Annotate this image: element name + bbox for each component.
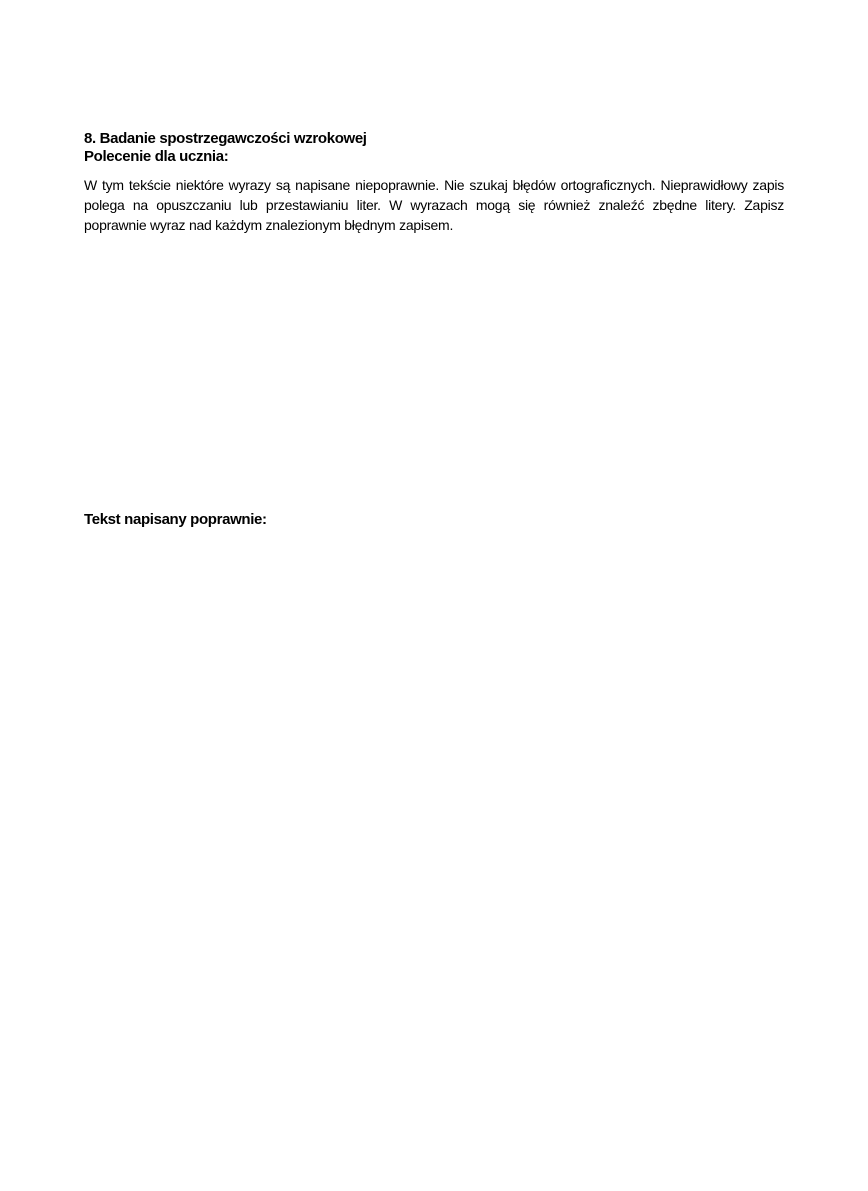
document-page: 8. Badanie spostrzegawczości wzrokowej P… — [0, 0, 868, 1191]
section-title: 8. Badanie spostrzegawczości wzrokowej — [84, 130, 367, 148]
instruction-text: W tym tekście niektóre wyrazy są napisan… — [84, 175, 784, 235]
corrected-text-label: Tekst napisany poprawnie: — [84, 511, 267, 529]
instruction-label: Polecenie dla ucznia: — [84, 148, 228, 166]
